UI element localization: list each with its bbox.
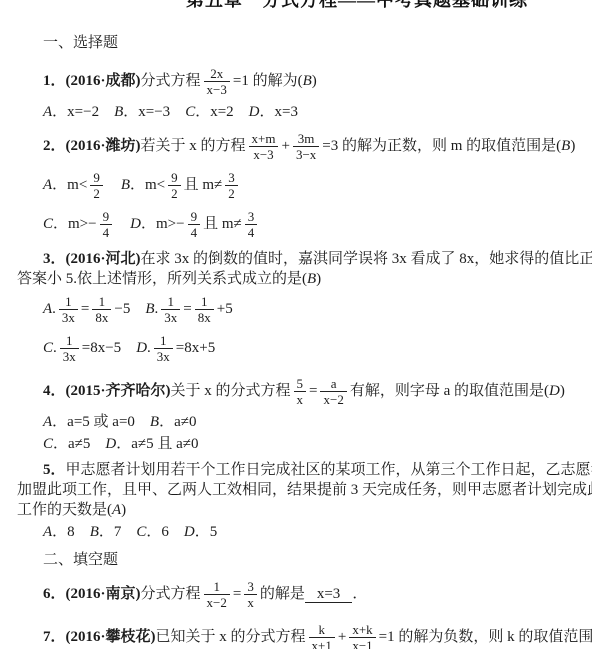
- question-4: 4．(2015·齐齐哈尔)关于 x 的分式方程5x=ax−2有解，则字母 a 的…: [17, 373, 592, 454]
- italic-letter: A: [43, 177, 52, 193]
- fraction-denominator: 8x: [195, 310, 214, 325]
- italic-letter: D: [130, 216, 141, 232]
- fraction-numerator: 1: [60, 333, 79, 349]
- text-run: 分式方程: [141, 73, 201, 89]
- fraction-denominator: 4: [245, 225, 258, 240]
- fraction: 2xx−3: [204, 66, 230, 97]
- text-run: ．a≠0: [159, 414, 196, 430]
- text-run: 且 m≠: [203, 216, 242, 232]
- text-run: =1 的解为负数，则 k 的取值范围: [379, 629, 592, 645]
- text-run: ．a≠5 且 a≠0: [116, 436, 198, 452]
- text-run: ．m<: [52, 177, 87, 193]
- italic-letter: A: [43, 524, 52, 540]
- italic-letter: C: [136, 524, 146, 540]
- fraction: x+mx−3: [249, 131, 279, 162]
- italic-letter: B: [561, 138, 570, 154]
- fraction-numerator: k: [309, 622, 335, 638]
- text-run: 有解，则字母 a 的取值范围是(: [350, 383, 549, 399]
- text-run: ．6: [146, 524, 184, 540]
- italic-letter: A: [43, 414, 52, 430]
- answer-blank: x=3: [305, 586, 352, 603]
- text-run: ．8: [52, 524, 90, 540]
- fraction-numerator: 1: [161, 294, 180, 310]
- fraction: 13x: [154, 333, 173, 364]
- fraction-numerator: x+k: [349, 622, 375, 638]
- fraction-numerator: 5: [294, 376, 307, 392]
- fraction-numerator: 9: [100, 209, 113, 225]
- question-prefix: 7．(2016·攀枝花): [43, 629, 156, 645]
- text-run: ．7: [99, 524, 137, 540]
- text-run: 答案小 5.依上述情形，所列关系式成立的是(: [17, 271, 307, 287]
- question-5: 5．甲志愿者计划用若干个工作日完成社区的某项工作，从第三个工作日起，乙志愿者加盟…: [17, 460, 592, 542]
- fraction-denominator: 3x: [154, 349, 173, 364]
- fraction: 92: [90, 170, 103, 201]
- text-run: .: [52, 301, 56, 317]
- question-1: 1．(2016·成都)分式方程2xx−3=1 的解为(B)A．x=−2 B．x=…: [17, 63, 592, 122]
- italic-letter: B: [90, 524, 99, 540]
- text-run: +5: [217, 301, 233, 317]
- italic-letter: C: [43, 340, 53, 356]
- italic-letter: A: [112, 502, 121, 518]
- text-run: 工作的天数是(: [17, 502, 112, 518]
- fraction-numerator: 2x: [204, 66, 230, 82]
- fraction: 5x: [294, 376, 307, 407]
- text-run: =: [81, 301, 89, 317]
- text-run: 在求 3x 的倒数的值时，嘉淇同学误将 3x 看成了 8x，她求得的值比正确: [141, 251, 592, 267]
- text-run: ．x=2: [195, 104, 248, 120]
- text-run: 甲志愿者计划用若干个工作日完成社区的某项工作，从第三个工作日起，乙志愿者: [66, 462, 592, 478]
- fraction: 94: [100, 209, 113, 240]
- fraction-denominator: 4: [100, 225, 113, 240]
- italic-letter: B: [114, 104, 123, 120]
- document-page: 第五章 分式方程——中考真题基础训练 一、选择题 1．(2016·成都)分式方程…: [0, 0, 592, 649]
- italic-letter: D: [136, 340, 147, 356]
- fraction: kx+1: [309, 622, 335, 649]
- question-3-line: 答案小 5.依上述情形，所列关系式成立的是(B): [17, 269, 592, 289]
- text-run: ): [121, 502, 126, 518]
- question-prefix: 5．: [43, 462, 66, 478]
- fraction-numerator: 3: [245, 209, 258, 225]
- question-2-line: C．m>−94 D．m>−94且 m≠34: [43, 206, 592, 243]
- fraction: 92: [168, 170, 181, 201]
- text-run: =3 的解为正数，则 m 的取值范围是(: [322, 138, 561, 154]
- text-run: =8x−5: [82, 340, 136, 356]
- fraction-numerator: 9: [168, 170, 181, 186]
- question-prefix: 1．(2016·成都): [43, 73, 141, 89]
- italic-letter: A: [43, 104, 52, 120]
- question-prefix: 3．(2016·河北): [43, 251, 141, 267]
- italic-letter: B: [150, 414, 159, 430]
- fraction-numerator: x+m: [249, 131, 279, 147]
- question-5-line: 加盟此项工作，且甲、乙两人工效相同，结果提前 3 天完成任务，则甲志愿者计划完成…: [17, 480, 592, 500]
- text-run: =: [183, 301, 191, 317]
- text-run: 的解是: [260, 586, 305, 602]
- text-run: 关于 x 的分式方程: [171, 383, 291, 399]
- text-run: 分式方程: [141, 586, 201, 602]
- text-run: ．: [352, 586, 367, 602]
- fraction-numerator: 1: [92, 294, 111, 310]
- section-heading-fill-blank: 二、填空题: [43, 550, 592, 570]
- question-4-line: C．a≠5 D．a≠5 且 a≠0: [43, 434, 592, 454]
- text-run: ．a≠5: [53, 436, 105, 452]
- text-run: ．x=3: [260, 104, 298, 120]
- question-5-line: A．8 B．7 C．6 D．5: [43, 522, 592, 542]
- fraction-denominator: x: [244, 595, 257, 610]
- text-run: =: [309, 383, 317, 399]
- text-run: 若关于 x 的方程: [141, 138, 246, 154]
- text-run: ．m<: [130, 177, 165, 193]
- text-run: +: [338, 629, 346, 645]
- text-run: 且 m≠: [184, 177, 223, 193]
- fraction-denominator: x−3: [204, 82, 230, 97]
- fraction: 34: [245, 209, 258, 240]
- question-prefix: 6．(2016·南京): [43, 586, 141, 602]
- text-run: ．x=−2: [52, 104, 114, 120]
- question-3: 3．(2016·河北)在求 3x 的倒数的值时，嘉淇同学误将 3x 看成了 8x…: [17, 249, 592, 367]
- italic-letter: B: [303, 73, 312, 89]
- question-5-line: 工作的天数是(A): [17, 500, 592, 520]
- text-run: =1 的解为(: [233, 73, 303, 89]
- italic-letter: D: [184, 524, 195, 540]
- question-1-line: 1．(2016·成都)分式方程2xx−3=1 的解为(B): [43, 63, 592, 100]
- fraction: 13x: [59, 294, 78, 325]
- fraction-numerator: 3: [225, 170, 238, 186]
- question-2-line: A．m<92 B．m<92且 m≠32: [43, 167, 592, 204]
- fraction-numerator: 9: [188, 209, 201, 225]
- question-4-line: A．a=5 或 a=0 B．a≠0: [43, 412, 592, 432]
- text-run: +: [281, 138, 289, 154]
- text-run: .: [53, 340, 57, 356]
- fraction-denominator: 2: [225, 186, 238, 201]
- text-run: .: [155, 301, 159, 317]
- fraction: 32: [225, 170, 238, 201]
- clipped-page-title-text: 第五章 分式方程——中考真题基础训练: [186, 0, 528, 9]
- worksheet-content: 一、选择题 1．(2016·成都)分式方程2xx−3=1 的解为(B)A．x=−…: [0, 0, 592, 649]
- italic-letter: A: [43, 301, 52, 317]
- text-run: ): [560, 383, 565, 399]
- italic-letter: C: [43, 436, 53, 452]
- fraction-denominator: x: [294, 392, 307, 407]
- text-run: ): [316, 271, 321, 287]
- fraction-numerator: 1: [204, 579, 230, 595]
- text-run: .: [147, 340, 151, 356]
- fraction: 13x: [161, 294, 180, 325]
- italic-letter: D: [549, 383, 560, 399]
- fraction-denominator: x+1: [309, 638, 335, 649]
- fraction-numerator: 1: [195, 294, 214, 310]
- fraction-denominator: 3x: [161, 310, 180, 325]
- italic-letter: B: [121, 177, 130, 193]
- fraction: 13x: [60, 333, 79, 364]
- fraction-denominator: 4: [188, 225, 201, 240]
- fraction-denominator: x−2: [320, 392, 346, 407]
- fraction-denominator: x−2: [204, 595, 230, 610]
- question-2-line: 2．(2016·潍坊)若关于 x 的方程x+mx−3+3m3−x=3 的解为正数…: [43, 128, 592, 165]
- text-run: =: [233, 586, 241, 602]
- question-7-line: 7．(2016·攀枝花)已知关于 x 的分式方程kx+1+x+kx−1=1 的解…: [43, 619, 592, 649]
- fraction: 18x: [92, 294, 111, 325]
- section-choice-questions: 1．(2016·成都)分式方程2xx−3=1 的解为(B)A．x=−2 B．x=…: [17, 63, 592, 542]
- question-4-line: 4．(2015·齐齐哈尔)关于 x 的分式方程5x=ax−2有解，则字母 a 的…: [43, 373, 592, 410]
- question-3-line: C.13x=8x−5 D.13x=8x+5: [43, 330, 592, 367]
- question-3-line: A.13x=18x−5 B.13x=18x+5: [43, 291, 592, 328]
- italic-letter: D: [249, 104, 260, 120]
- fraction-numerator: 1: [154, 333, 173, 349]
- fraction-denominator: 2: [90, 186, 103, 201]
- fraction: 3x: [244, 579, 257, 610]
- fraction-denominator: x−3: [249, 147, 279, 162]
- question-2: 2．(2016·潍坊)若关于 x 的方程x+mx−3+3m3−x=3 的解为正数…: [17, 128, 592, 243]
- fraction-denominator: 3−x: [293, 147, 319, 162]
- question-6: 6．(2016·南京)分式方程1x−2=3x的解是x=3．: [17, 576, 592, 613]
- fraction-denominator: 3x: [60, 349, 79, 364]
- fraction: 94: [188, 209, 201, 240]
- text-run: =8x+5: [176, 340, 215, 356]
- italic-letter: B: [307, 271, 316, 287]
- question-prefix: 2．(2016·潍坊): [43, 138, 141, 154]
- fraction-numerator: 9: [90, 170, 103, 186]
- text-run: ．m>−: [141, 216, 185, 232]
- fraction-denominator: 8x: [92, 310, 111, 325]
- text-run: [106, 177, 121, 193]
- text-run: −5: [114, 301, 145, 317]
- text-run: ．m>−: [53, 216, 97, 232]
- fraction: 18x: [195, 294, 214, 325]
- text-run: ．5: [195, 524, 218, 540]
- text-run: [115, 216, 130, 232]
- fraction: x+kx−1: [349, 622, 375, 649]
- question-5-line: 5．甲志愿者计划用若干个工作日完成社区的某项工作，从第三个工作日起，乙志愿者: [43, 460, 592, 480]
- question-3-line: 3．(2016·河北)在求 3x 的倒数的值时，嘉淇同学误将 3x 看成了 8x…: [43, 249, 592, 269]
- fraction-numerator: a: [320, 376, 346, 392]
- question-6-line: 6．(2016·南京)分式方程1x−2=3x的解是x=3．: [43, 576, 592, 613]
- italic-letter: D: [105, 436, 116, 452]
- text-run: 已知关于 x 的分式方程: [156, 629, 306, 645]
- fraction-numerator: 3: [244, 579, 257, 595]
- fraction-numerator: 3m: [293, 131, 319, 147]
- clipped-page-title: 第五章 分式方程——中考真题基础训练: [0, 0, 592, 9]
- text-run: ．a=5 或 a=0: [52, 414, 150, 430]
- question-7: 7．(2016·攀枝花)已知关于 x 的分式方程kx+1+x+kx−1=1 的解…: [17, 619, 592, 649]
- italic-letter: B: [145, 301, 154, 317]
- text-run: ．x=−3: [123, 104, 185, 120]
- fraction: 3m3−x: [293, 131, 319, 162]
- section-heading-choice: 一、选择题: [43, 33, 592, 53]
- text-run: 加盟此项工作，且甲、乙两人工效相同，结果提前 3 天完成任务，则甲志愿者计划完成…: [17, 482, 592, 498]
- text-run: ): [570, 138, 575, 154]
- text-run: ): [312, 73, 317, 89]
- section-fill-blank-questions: 6．(2016·南京)分式方程1x−2=3x的解是x=3．7．(2016·攀枝花…: [17, 576, 592, 649]
- fraction-denominator: x−1: [349, 638, 375, 649]
- fraction: ax−2: [320, 376, 346, 407]
- question-1-line: A．x=−2 B．x=−3 C．x=2 D．x=3: [43, 102, 592, 122]
- italic-letter: C: [185, 104, 195, 120]
- fraction-denominator: 2: [168, 186, 181, 201]
- fraction-numerator: 1: [59, 294, 78, 310]
- fraction: 1x−2: [204, 579, 230, 610]
- italic-letter: C: [43, 216, 53, 232]
- question-prefix: 4．(2015·齐齐哈尔): [43, 383, 171, 399]
- fraction-denominator: 3x: [59, 310, 78, 325]
